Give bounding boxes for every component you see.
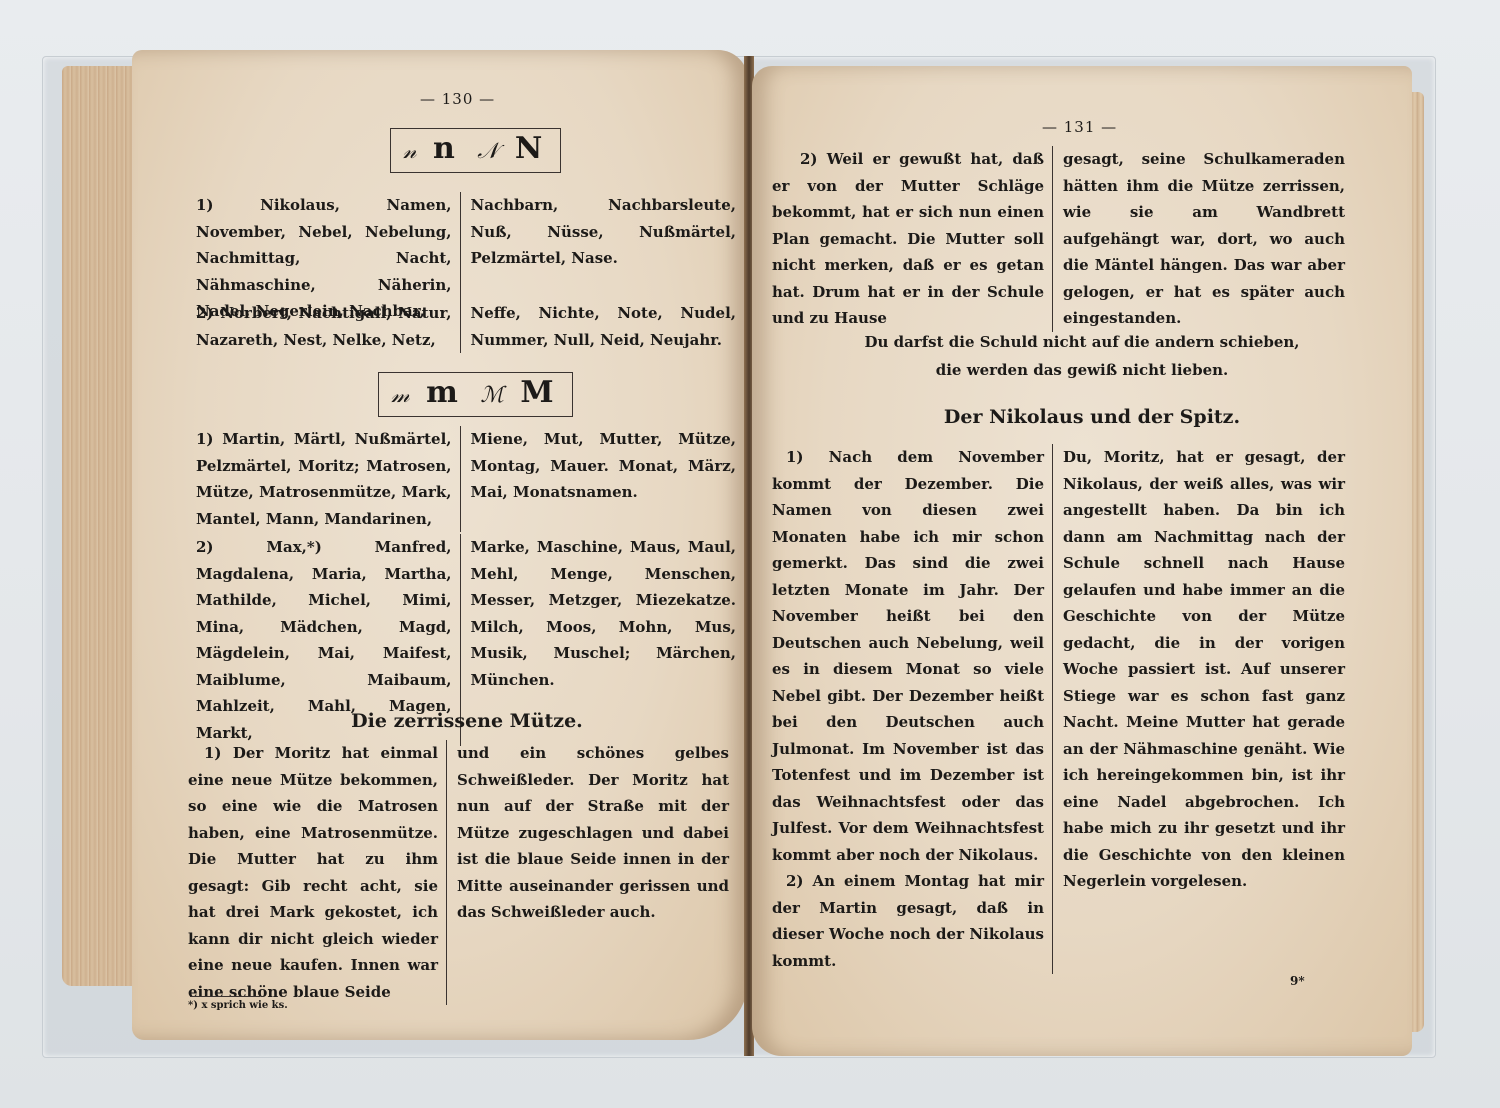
word-list-m-1-left: 1) Martin, Märtl, Nußmärtel, Pelzmärtel,…	[196, 426, 461, 532]
word-list-m-1: 1) Martin, Märtl, Nußmärtel, Pelzmärtel,…	[196, 426, 736, 532]
print-lower-n: n	[433, 131, 461, 166]
footnote-rule	[190, 996, 260, 997]
script-upper-m: ℳ	[480, 383, 504, 408]
verse-line-1: Du darfst die Schuld nicht auf die ander…	[772, 328, 1392, 356]
footnote: *) x sprich wie ks.	[188, 1000, 288, 1011]
story-continuation: 2) Weil er gewußt hat, daß er von der Mu…	[772, 146, 1362, 332]
nikolaus-right-column: Du, Moritz, hat er gesagt, der Nikolaus,…	[1053, 444, 1345, 974]
left-page: — 130 — 𝓃 n 𝒩 N 1) Nikolaus, Namen, Nove…	[132, 50, 748, 1040]
page-number-131: — 131 —	[1042, 118, 1117, 136]
script-lower-m: 𝓂	[391, 383, 410, 408]
signature-mark: 9*	[1290, 974, 1305, 988]
verse-line-2: die werden das gewiß nicht lieben.	[772, 356, 1392, 384]
story-zerrissene-muetze: 1) Der Moritz hat einmal eine neue Mütze…	[188, 740, 738, 1005]
story-left-column: 1) Der Moritz hat einmal eine neue Mütze…	[188, 740, 447, 1005]
nikolaus-left-column: 1) Nach dem November kommt der Dezember.…	[772, 444, 1053, 974]
print-upper-n: N	[515, 131, 548, 166]
story-nikolaus-spitz: 1) Nach dem November kommt der Dezember.…	[772, 444, 1362, 974]
letter-box-n: 𝓃 n 𝒩 N	[390, 128, 561, 173]
page-number-130: — 130 —	[420, 90, 495, 108]
print-lower-m: m	[426, 375, 464, 410]
script-lower-n: 𝓃	[403, 139, 417, 164]
print-upper-m: M	[520, 375, 559, 410]
word-list-n-2: 2) Norbert, Nachtigall, Natur, Nazareth,…	[196, 300, 736, 353]
moral-verse: Du darfst die Schuld nicht auf die ander…	[772, 328, 1392, 384]
word-list-n-2-right: Neffe, Nichte, Note, Nudel, Nummer, Null…	[461, 300, 736, 353]
script-upper-n: 𝒩	[477, 139, 498, 164]
nikolaus-paragraph-1: 1) Nach dem November kommt der Dezember.…	[772, 444, 1044, 868]
story-title-zerrissene-muetze: Die zerrissene Mütze.	[192, 710, 742, 732]
word-list-m-1-right: Miene, Mut, Mutter, Mütze, Montag, Mauer…	[461, 426, 736, 532]
word-list-n-2-left: 2) Norbert, Nachtigall, Natur, Nazareth,…	[196, 300, 461, 353]
continuation-right-column: gesagt, seine Schulkameraden hätten ihm …	[1053, 146, 1345, 332]
story-right-column: und ein schönes gelbes Schweißleder. Der…	[447, 740, 729, 1005]
right-page: — 131 — 2) Weil er gewußt hat, daß er vo…	[752, 66, 1412, 1056]
continuation-left-column: 2) Weil er gewußt hat, daß er von der Mu…	[772, 146, 1053, 332]
letter-box-m: 𝓂 m ℳ M	[378, 372, 573, 417]
nikolaus-paragraph-2: 2) An einem Montag hat mir der Martin ge…	[772, 868, 1044, 974]
story-title-nikolaus-spitz: Der Nikolaus und der Spitz.	[812, 406, 1372, 428]
